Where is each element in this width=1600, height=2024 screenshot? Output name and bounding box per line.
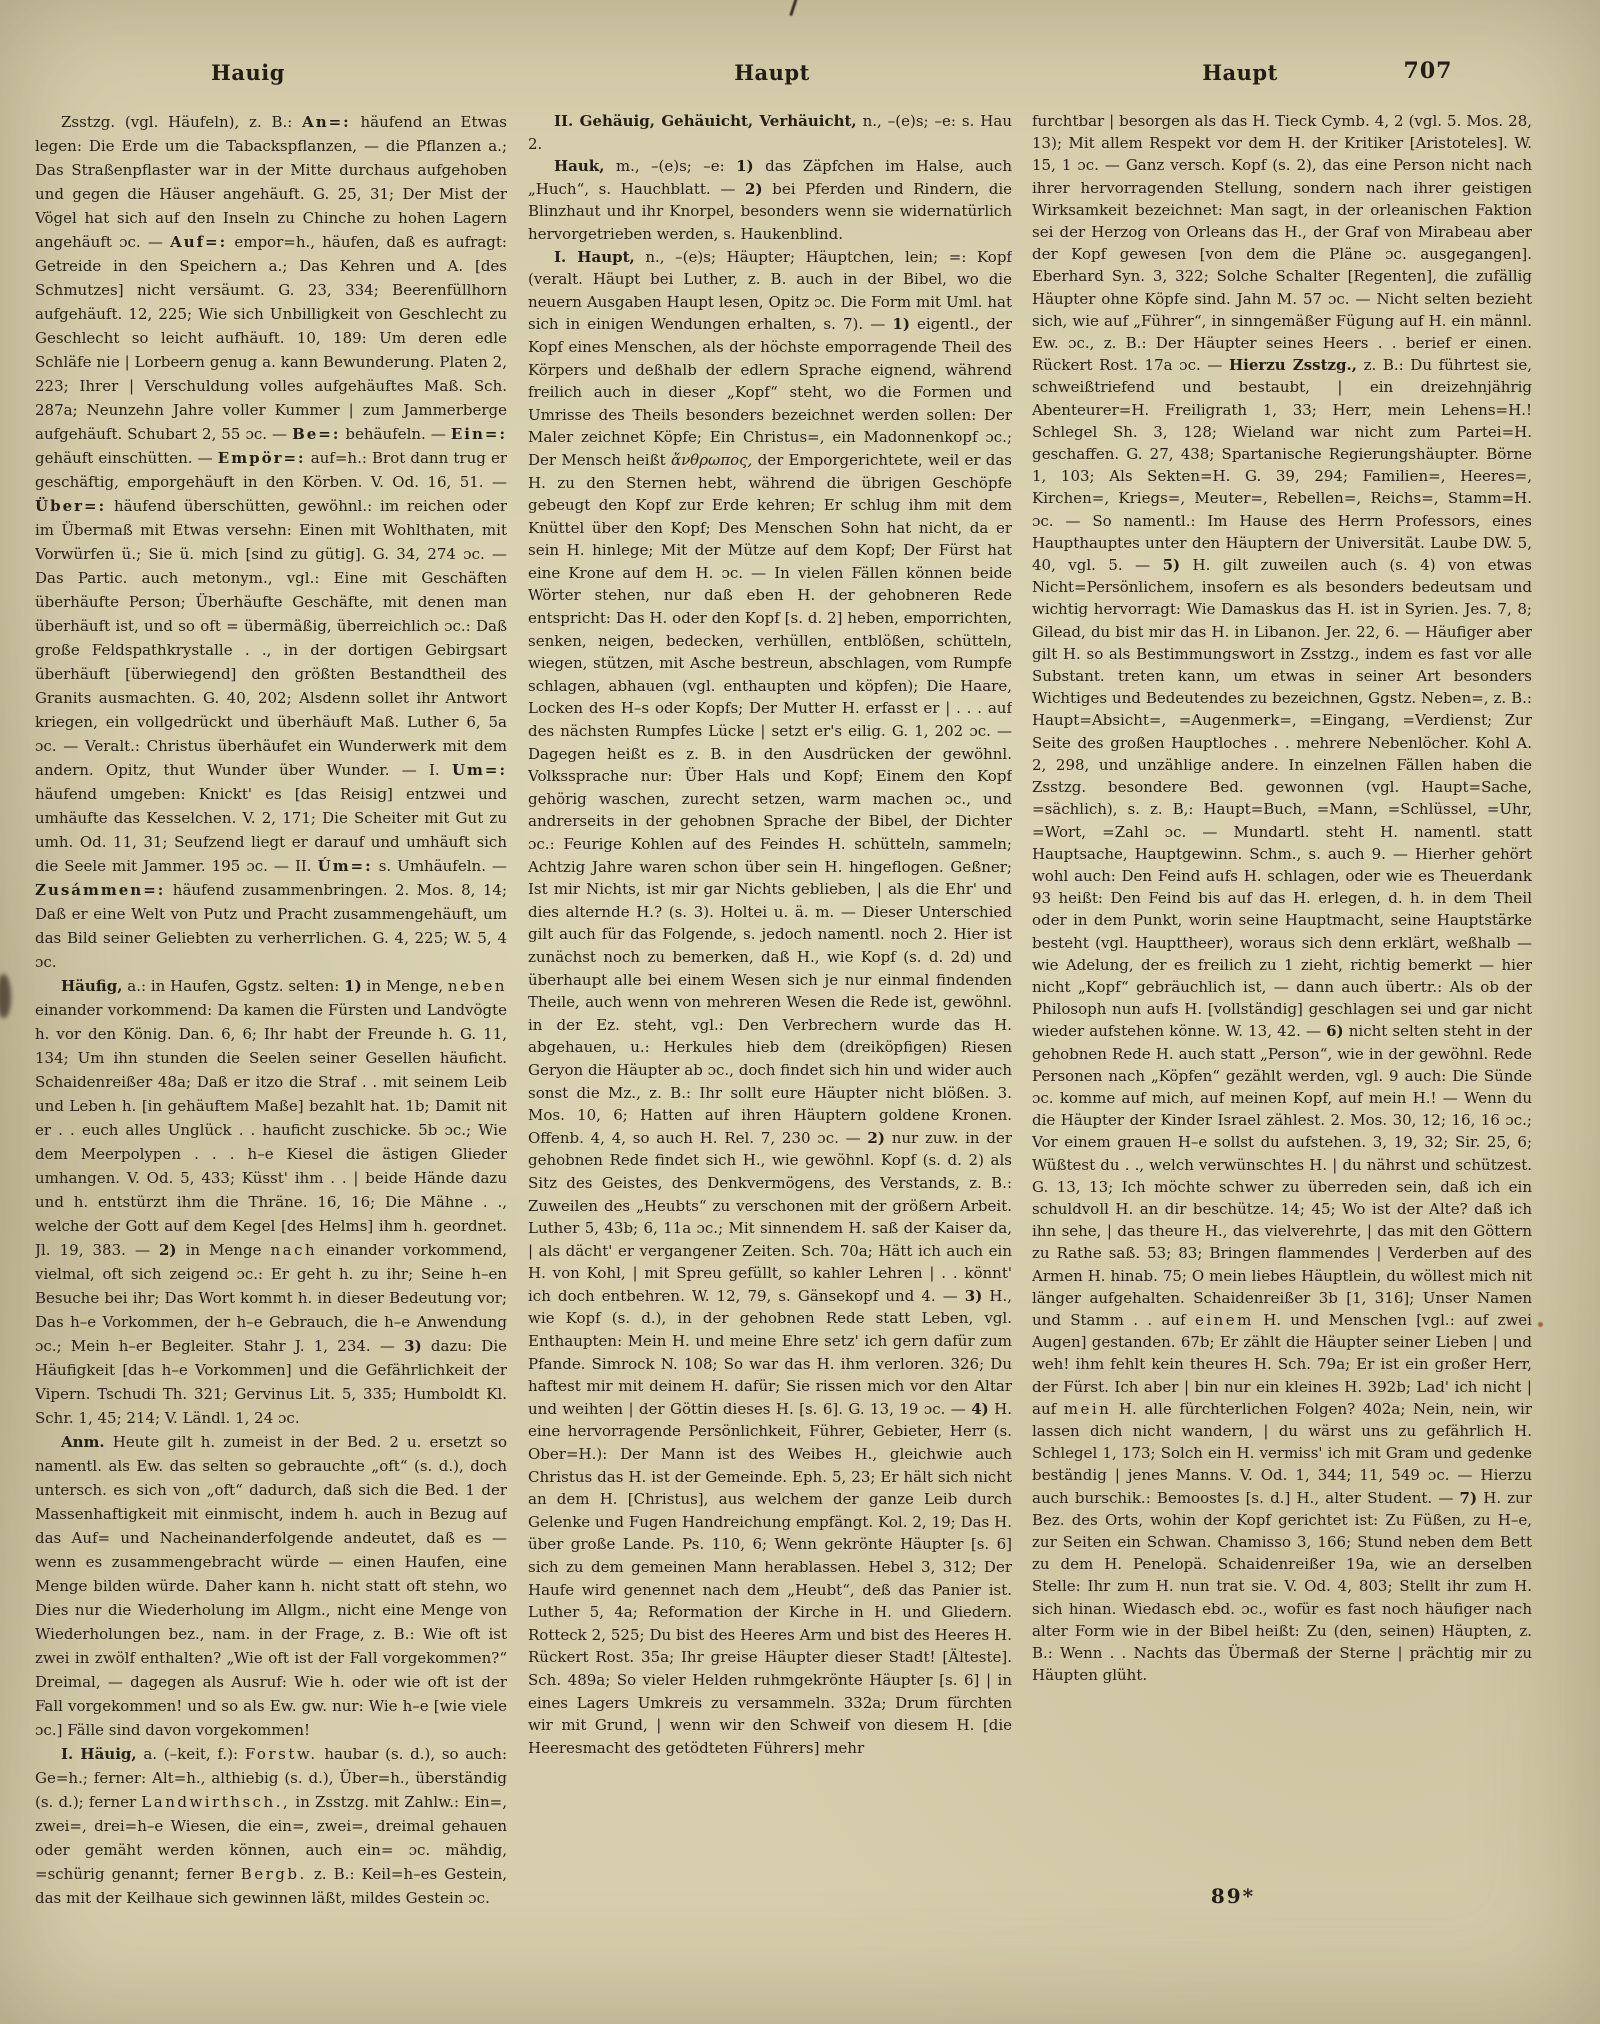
emphasized-text: Úm=: [318,857,373,875]
body-text: einander vorkommend: Da kamen die Fürste… [35,1001,507,1259]
paragraph: II. Gehäuig, Gehäuicht, Verhäuicht, n., … [528,110,1012,155]
emphasized-text: 2) [867,1129,885,1147]
emphasized-text: Forstw. [245,1745,318,1763]
emphasized-text: 3) [965,1287,983,1305]
running-title-left: Hauig [211,60,285,86]
body-text: H. zur Bez. des Orts, wohin der Kopf ger… [1032,1489,1532,1685]
running-title-center: Haupt [734,60,810,86]
emphasized-text: Ein=: [451,425,507,443]
emphasized-text: Be=: [292,425,340,443]
emphasized-text: 4) [971,1400,989,1418]
emphasized-text: 2) [159,1241,177,1259]
emphasized-text: 2) [745,180,763,198]
body-text: in Menge, [362,977,448,995]
emphasized-text: Auf=: [170,233,227,251]
emphasized-text: 7) [1460,1489,1478,1507]
body-text: nur zuw. in der gehobnen Rede findet sic… [528,1129,1012,1305]
emphasized-text: Über=: [35,497,106,515]
page-number: 707 [1404,58,1453,84]
body-text: s. Umhäufeln. — [373,857,507,875]
body-text: behäufeln. — [340,425,450,443]
body-text: H. eine hervorragende Persönlichkeit, Fü… [528,1400,1012,1757]
emphasized-text: 6) [1326,1022,1344,1040]
body-text: empor=h., häufen, daß es aufragt: Getrei… [35,233,507,443]
paragraph: Hauk, m., –(e)s; –e: 1) das Zäpfchen im … [528,155,1012,245]
emphasized-text: Häufig, [61,977,122,995]
emphasized-text: Anm. [61,1433,105,1451]
emphasized-text: Zusámmen=: [35,881,165,899]
paragraph: Häufig, a.: in Haufen, Ggstz. selten: 1)… [35,974,507,1430]
paragraph: I. Haupt, n., –(e)s; Häupter; Häuptchen,… [528,246,1012,1760]
emphasized-text: nach [271,1241,318,1259]
text-column-3: furchtbar | besorgen als das H. Tieck Cy… [1032,110,1532,1910]
emphasized-text: 5) [1163,556,1181,574]
speck-right-margin [1538,1322,1543,1327]
emphasized-text: Landwirthsch., [141,1793,290,1811]
body-text: der Emporgerichtete, weil er das H. zu d… [528,451,1012,1147]
emphasized-text: 1) [892,315,910,333]
scanned-dictionary-page: Hauig Haupt Haupt 707 Zsstzg. (vgl. Häuf… [0,0,1600,2024]
body-text: gehäuft einschütten. — [35,449,218,467]
text-column-2: II. Gehäuig, Gehäuicht, Verhäuicht, n., … [528,110,1012,1910]
emphasized-text: II. Gehäuig, Gehäuicht, Verhäuicht, [554,112,857,130]
body-text: H., wie Kopf (s. d.), in der gehobnen Re… [528,1287,1012,1418]
running-title-right: Haupt [1202,60,1278,86]
body-text: Heute gilt h. zumeist in der Bed. 2 u. e… [35,1433,507,1739]
emphasized-text: 3) [404,1337,422,1355]
signature-mark: 89* [1211,1884,1255,1908]
emphasized-text: Um=: [452,761,507,779]
emphasized-text: Empör=: [218,449,306,467]
body-text: H. gilt zuweilen auch (s. 4) von etwas N… [1032,556,1532,1040]
body-text: furchtbar | besorgen als das H. Tieck Cy… [1032,112,1532,374]
body-text: in Menge [177,1241,271,1259]
emphasized-text: An=: [302,113,351,131]
emphasized-text: Bergb. [241,1865,307,1883]
paragraph: Zsstzg. (vgl. Häufeln), z. B.: An=: häuf… [35,110,507,974]
body-text: eigentl., der Kopf eines Menschen, als d… [528,315,1012,469]
emphasized-text: einem [1195,1311,1254,1329]
stray-mark-top [789,0,797,16]
emphasized-text: mein [1064,1400,1112,1418]
emphasized-text: neben [448,977,507,995]
emphasized-text: I. Häuig, [61,1745,137,1763]
body-text: z. B.: Du führtest sie, schweißtriefend … [1032,356,1532,574]
text-column-1: Zsstzg. (vgl. Häufeln), z. B.: An=: häuf… [35,110,507,1910]
body-text: m., –(e)s; –e: [604,157,736,175]
emphasized-text: 1) [736,157,754,175]
body-text: nicht selten steht in der gehobnen Rede … [1032,1022,1532,1329]
emphasized-text: I. Haupt, [554,248,635,266]
body-text: Zsstzg. (vgl. Häufeln), z. B.: [61,113,302,131]
emphasized-text: Hauk, [554,157,604,175]
paragraph: furchtbar | besorgen als das H. Tieck Cy… [1032,110,1532,1686]
body-text: a.: in Haufen, Ggstz. selten: [122,977,344,995]
emphasized-text: Hierzu Zsstzg., [1229,356,1357,374]
emphasized-text: ἄνθρωπος, [671,451,752,469]
body-text: häufend überschütten, gewöhnl.: im reich… [35,497,507,779]
ink-stain-left-edge [0,974,11,1018]
paragraph: I. Häuig, a. (–keit, f.): Forstw. haubar… [35,1742,507,1910]
paragraph: Anm. Heute gilt h. zumeist in der Bed. 2… [35,1430,507,1742]
body-text: a. (–keit, f.): [137,1745,245,1763]
body-text: häufend an Etwas legen: Die Erde um die … [35,113,507,251]
emphasized-text: 1) [344,977,362,995]
